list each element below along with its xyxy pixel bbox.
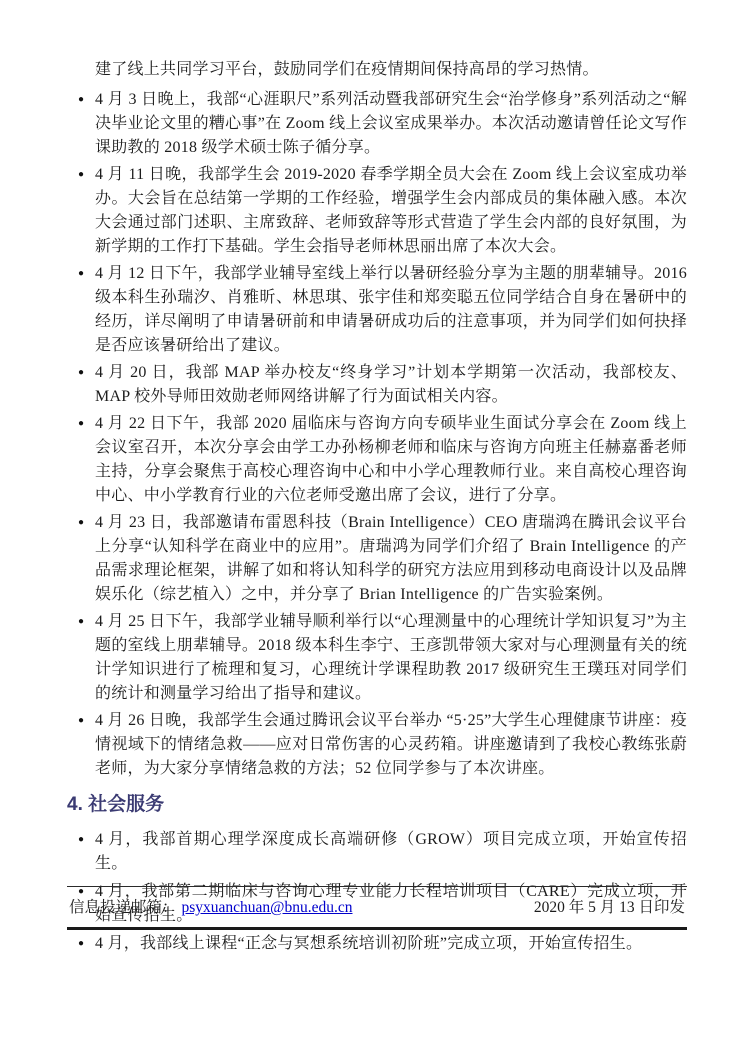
list-item: ● 4 月 12 日下午，我部学业辅导室线上举行以暑研经验分享为主题的朋辈辅导。…: [78, 262, 687, 358]
bullet-icon: ●: [78, 163, 95, 259]
list-item: ● 4 月 23 日，我部邀请布雷恩科技（Brain Intelligence）…: [78, 511, 687, 607]
list-item-text: 4 月 20 日，我部 MAP 举办校友“终身学习”计划本学期第一次活动，我部校…: [95, 361, 687, 409]
bullet-icon: ●: [78, 412, 95, 508]
list-item-text: 4 月 26 日晚，我部学生会通过腾讯会议平台举办 “5·25”大学生心理健康节…: [95, 709, 687, 781]
list-item: ● 4 月 22 日下午，我部 2020 届临床与咨询方向专硕毕业生面试分享会在…: [78, 412, 687, 508]
list-item-text: 4 月 23 日，我部邀请布雷恩科技（Brain Intelligence）CE…: [95, 511, 687, 607]
list-item-text: 4 月 12 日下午，我部学业辅导室线上举行以暑研经验分享为主题的朋辈辅导。20…: [95, 262, 687, 358]
list-item: ● 4 月，我部首期心理学深度成长高端研修（GROW）项目完成立项，开始宣传招生…: [78, 828, 687, 876]
list-item: ● 4 月 20 日，我部 MAP 举办校友“终身学习”计划本学期第一次活动，我…: [78, 361, 687, 409]
footer-row: 信息投递邮箱： psyxuanchuan@bnu.edu.cn 2020 年 5…: [67, 887, 687, 927]
activity-list: ● 4 月 3 日晚上，我部“心涯职尺”系列活动暨我部研究生会“治学修身”系列活…: [67, 88, 687, 781]
footer-contact: 信息投递邮箱： psyxuanchuan@bnu.edu.cn: [69, 897, 352, 918]
bullet-icon: ●: [78, 361, 95, 409]
list-item: ● 4 月 26 日晚，我部学生会通过腾讯会议平台举办 “5·25”大学生心理健…: [78, 709, 687, 781]
bullet-icon: ●: [78, 88, 95, 160]
list-item: ● 4 月 11 日晚，我部学生会 2019-2020 春季学期全员大会在 Zo…: [78, 163, 687, 259]
list-item: ● 4 月 25 日下午，我部学业辅导顺利举行以“心理测量中的心理统计学知识复习…: [78, 610, 687, 706]
bullet-icon: ●: [78, 828, 95, 876]
bullet-icon: ●: [78, 610, 95, 706]
list-item: ● 4 月，我部线上课程“正念与冥想系统培训初阶班”完成立项，开始宣传招生。: [78, 932, 687, 956]
list-item-text: 4 月，我部首期心理学深度成长高端研修（GROW）项目完成立项，开始宣传招生。: [95, 828, 687, 876]
list-item-text: 4 月 25 日下午，我部学业辅导顺利举行以“心理测量中的心理统计学知识复习”为…: [95, 610, 687, 706]
email-label: 信息投递邮箱：: [69, 897, 178, 918]
bullet-icon: ●: [78, 262, 95, 358]
page-footer: 信息投递邮箱： psyxuanchuan@bnu.edu.cn 2020 年 5…: [67, 886, 687, 930]
document-page: 建了线上共同学习平台，鼓励同学们在疫情期间保持高昂的学习热情。 ● 4 月 3 …: [0, 0, 750, 1060]
paragraph-continuation: 建了线上共同学习平台，鼓励同学们在疫情期间保持高昂的学习热情。: [95, 58, 687, 82]
bullet-icon: ●: [78, 932, 95, 956]
issue-date: 2020 年 5 月 13 日印发: [534, 897, 685, 918]
list-item: ● 4 月 3 日晚上，我部“心涯职尺”系列活动暨我部研究生会“治学修身”系列活…: [78, 88, 687, 160]
list-item-text: 4 月 11 日晚，我部学生会 2019-2020 春季学期全员大会在 Zoom…: [95, 163, 687, 259]
list-item-text: 4 月 22 日下午，我部 2020 届临床与咨询方向专硕毕业生面试分享会在 Z…: [95, 412, 687, 508]
bullet-icon: ●: [78, 511, 95, 607]
email-link[interactable]: psyxuanchuan@bnu.edu.cn: [182, 897, 353, 918]
list-item-text: 4 月 3 日晚上，我部“心涯职尺”系列活动暨我部研究生会“治学修身”系列活动之…: [95, 88, 687, 160]
section-heading-social-service: 4. 社会服务: [67, 792, 687, 818]
bullet-icon: ●: [78, 709, 95, 781]
list-item-text: 4 月，我部线上课程“正念与冥想系统培训初阶班”完成立项，开始宣传招生。: [95, 932, 687, 956]
